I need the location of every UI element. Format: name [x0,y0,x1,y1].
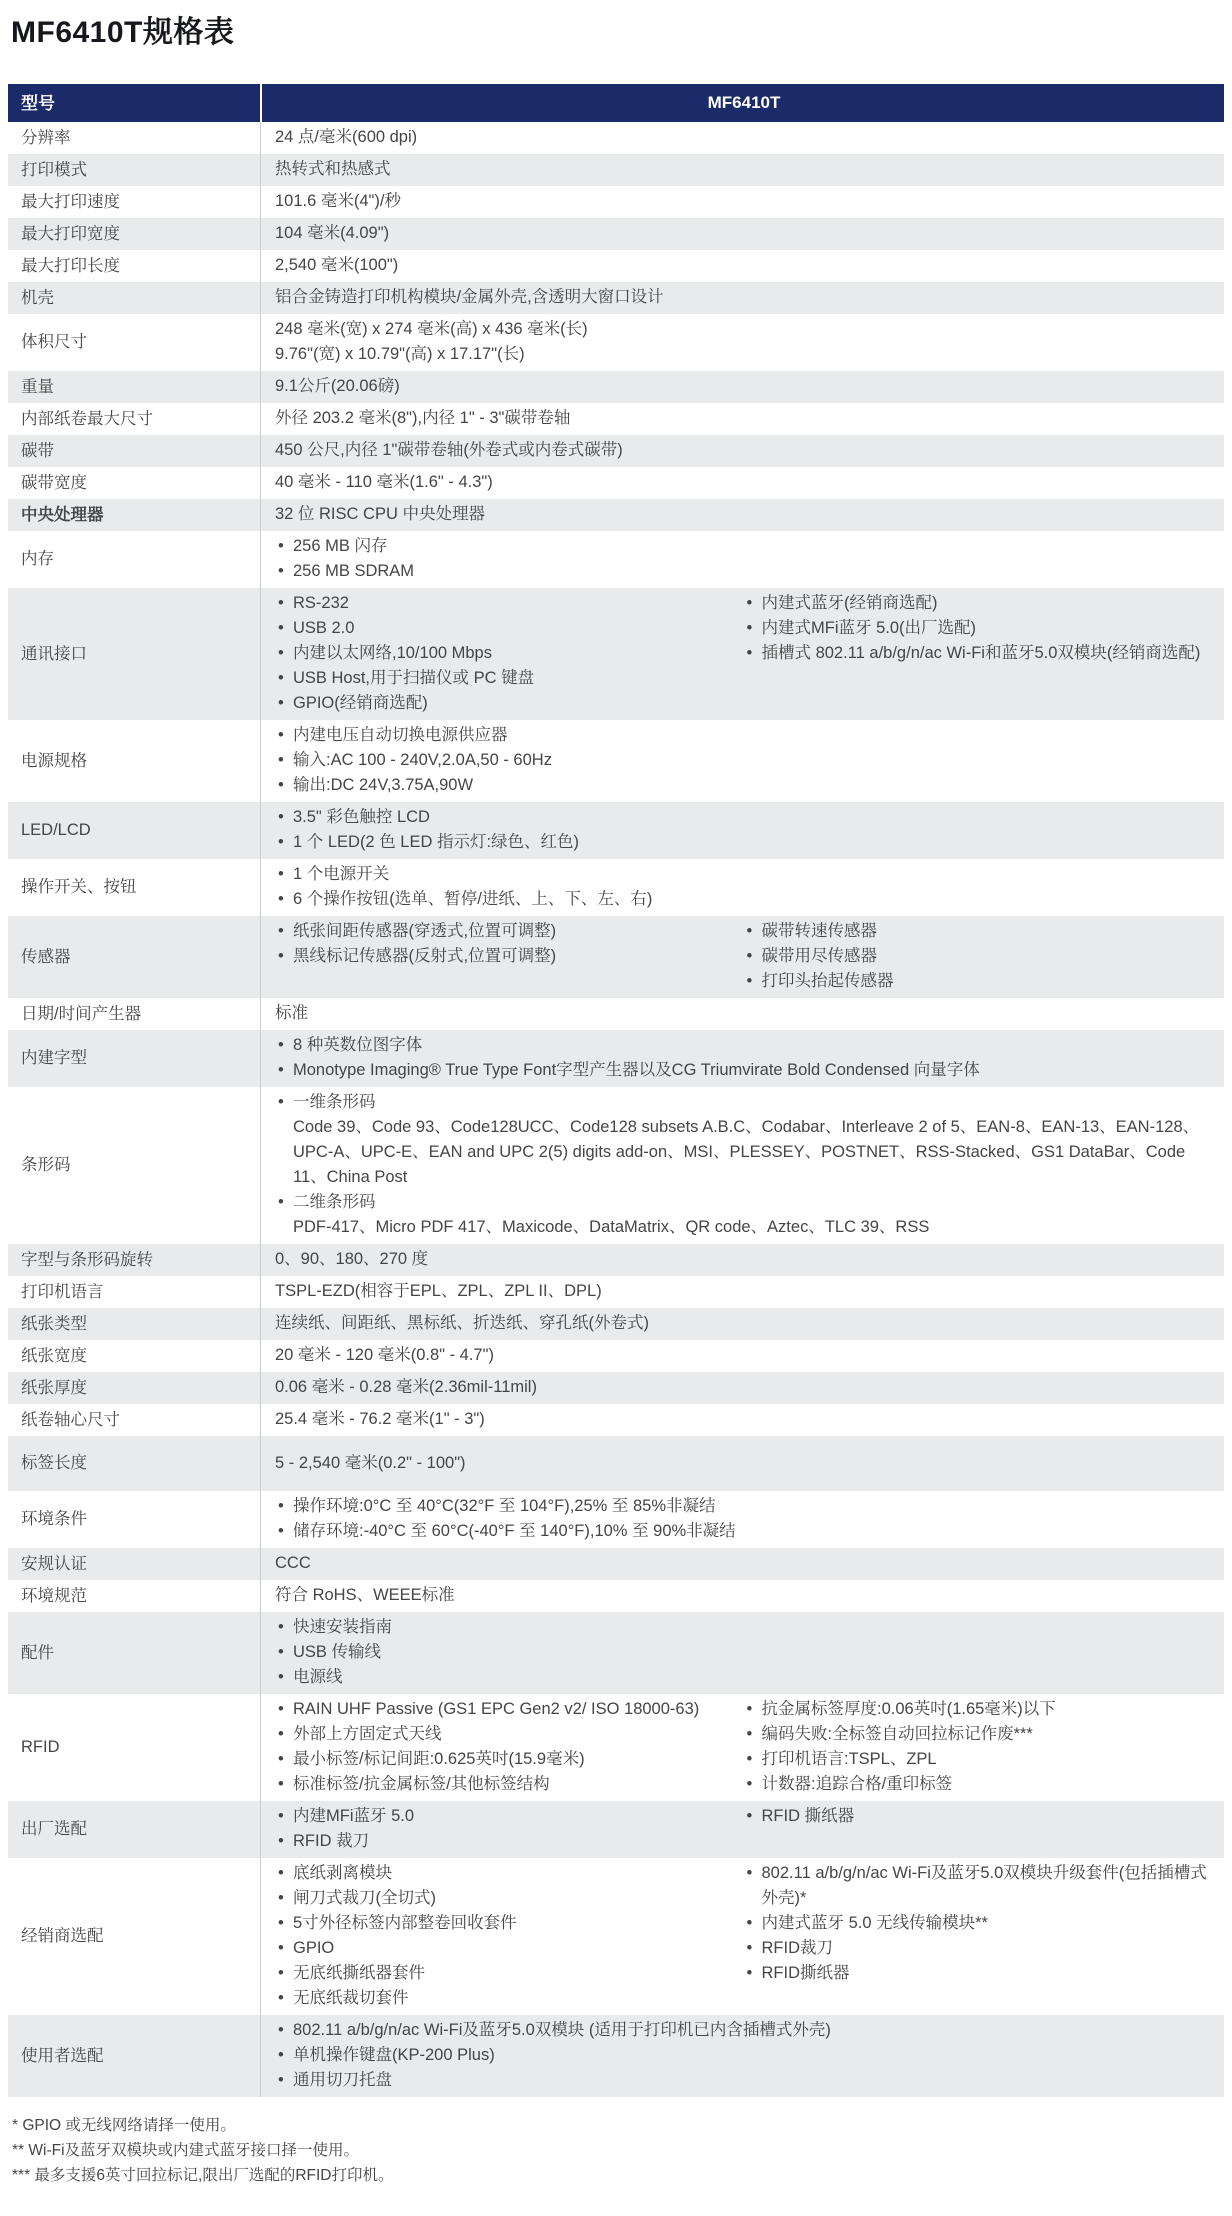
spec-line: 纸张间距传感器(穿透式,位置可调整) [275,919,718,944]
spec-line: 2,540 毫米(100") [275,253,1212,278]
spec-line: 外部上方固定式天线 [275,1722,718,1747]
spec-value: 外径 203.2 毫米(8"),内径 1" - 3"碳带卷轴 [260,403,1224,435]
spec-label: 字型与条形码旋转 [8,1244,260,1276]
spec-line: 0、90、180、270 度 [275,1247,1212,1272]
spec-line: 24 点/毫米(600 dpi) [275,125,1212,150]
spec-value: 256 MB 闪存256 MB SDRAM [260,531,1224,588]
spec-value: 连续纸、间距纸、黑标纸、折迭纸、穿孔纸(外卷式) [260,1308,1224,1340]
spec-value: TSPL-EZD(相容于EPL、ZPL、ZPL II、DPL) [260,1276,1224,1308]
table-header-value: MF6410T [260,84,1224,122]
spec-value: 1 个电源开关6 个操作按钮(选单、暂停/进纸、上、下、左、右) [260,859,1224,916]
table-row: 使用者选配802.11 a/b/g/n/ac Wi-Fi及蓝牙5.0双模块 (适… [8,2015,1224,2097]
table-row: 最大打印速度101.6 毫米(4")/秒 [8,186,1224,218]
footnote-line: * GPIO 或无线网络请择一使用。 [12,2113,1224,2138]
spec-line: CCC [275,1551,1212,1576]
spec-label: 使用者选配 [8,2015,260,2097]
spec-value: 2,540 毫米(100") [260,250,1224,282]
spec-value: 24 点/毫米(600 dpi) [260,122,1224,154]
spec-value: 0、90、180、270 度 [260,1244,1224,1276]
spec-value: 内建电压自动切换电源供应器输入:AC 100 - 240V,2.0A,50 - … [260,720,1224,802]
spec-line: 操作环境:0°C 至 40°C(32°F 至 104°F),25% 至 85%非… [275,1494,1212,1519]
spec-table-rows: 分辨率24 点/毫米(600 dpi)打印模式热转式和热感式最大打印速度101.… [8,122,1224,2097]
spec-value: 快速安装指南USB 传输线电源线 [260,1612,1224,1694]
spec-line: 碳带转速传感器 [744,919,1209,944]
spec-label: 中央处理器 [8,499,260,531]
spec-line: 一维条形码 [275,1090,1212,1115]
spec-line: TSPL-EZD(相容于EPL、ZPL、ZPL II、DPL) [275,1279,1212,1304]
spec-label: 环境条件 [8,1491,260,1548]
spec-value-col-left: 底纸剥离模块闸刀式裁刀(全切式)5寸外径标签内部整卷回收套件GPIO无底纸撕纸器… [275,1861,744,2011]
spec-value: 802.11 a/b/g/n/ac Wi-Fi及蓝牙5.0双模块 (适用于打印机… [260,2015,1224,2097]
table-row: 打印模式热转式和热感式 [8,154,1224,186]
spec-line: 3.5" 彩色触控 LCD [275,805,1212,830]
spec-value: 热转式和热感式 [260,154,1224,186]
spec-label: 传感器 [8,916,260,998]
spec-value: 内建MFi蓝牙 5.0RFID 裁刀RFID 撕纸器 [260,1801,1224,1858]
page-title: MF6410T规格表 [11,14,1224,52]
spec-line: RFID撕纸器 [744,1961,1209,1986]
spec-value-columns: 纸张间距传感器(穿透式,位置可调整)黑线标记传感器(反射式,位置可调整)碳带转速… [275,919,1212,994]
table-header-row: 型号 MF6410T [8,84,1224,122]
spec-line: USB Host,用于扫描仪或 PC 键盘 [275,666,718,691]
spec-value-col-left: 纸张间距传感器(穿透式,位置可调整)黑线标记传感器(反射式,位置可调整) [275,919,744,994]
spec-value: 32 位 RISC CPU 中央处理器 [260,499,1224,531]
spec-line: 碳带用尽传感器 [744,944,1209,969]
table-row: 分辨率24 点/毫米(600 dpi) [8,122,1224,154]
spec-label: 打印模式 [8,154,260,186]
spec-line: 内建式MFi蓝牙 5.0(出厂选配) [744,616,1209,641]
spec-line: GPIO [275,1936,718,1961]
spec-value-columns: RS-232USB 2.0内建以太网络,10/100 MbpsUSB Host,… [275,591,1212,716]
spec-value: 0.06 毫米 - 0.28 毫米(2.36mil-11mil) [260,1372,1224,1404]
spec-label: 机壳 [8,282,260,314]
spec-value-columns: 底纸剥离模块闸刀式裁刀(全切式)5寸外径标签内部整卷回收套件GPIO无底纸撕纸器… [275,1861,1212,2011]
table-row: 日期/时间产生器标准 [8,998,1224,1030]
table-row: 电源规格内建电压自动切换电源供应器输入:AC 100 - 240V,2.0A,5… [8,720,1224,802]
spec-label: 最大打印速度 [8,186,260,218]
spec-line: 内建式蓝牙(经销商选配) [744,591,1209,616]
spec-line: 内建式蓝牙 5.0 无线传输模块** [744,1911,1209,1936]
spec-value-columns: RAIN UHF Passive (GS1 EPC Gen2 v2/ ISO 1… [275,1697,1212,1797]
spec-value-col-left: 内建MFi蓝牙 5.0RFID 裁刀 [275,1804,744,1854]
spec-value: 248 毫米(宽) x 274 毫米(高) x 436 毫米(长)9.76"(宽… [260,314,1224,371]
spec-label: 打印机语言 [8,1276,260,1308]
spec-line: 内建以太网络,10/100 Mbps [275,641,718,666]
table-row: 字型与条形码旋转0、90、180、270 度 [8,1244,1224,1276]
spec-line: 通用切刀托盘 [275,2068,1212,2093]
table-row: 纸张类型连续纸、间距纸、黑标纸、折迭纸、穿孔纸(外卷式) [8,1308,1224,1340]
spec-value: 101.6 毫米(4")/秒 [260,186,1224,218]
table-row: 通讯接口RS-232USB 2.0内建以太网络,10/100 MbpsUSB H… [8,588,1224,720]
spec-label: RFID [8,1694,260,1801]
spec-line: 40 毫米 - 110 毫米(1.6" - 4.3") [275,470,1212,495]
spec-line: 20 毫米 - 120 毫米(0.8" - 4.7") [275,1343,1212,1368]
spec-value: 标准 [260,998,1224,1030]
table-header-label: 型号 [8,84,260,122]
spec-line: 插槽式 802.11 a/b/g/n/ac Wi-Fi和蓝牙5.0双模块(经销商… [744,641,1209,666]
spec-line: 5 - 2,540 毫米(0.2" - 100") [275,1451,1212,1476]
spec-label: 配件 [8,1612,260,1694]
spec-value: 20 毫米 - 120 毫米(0.8" - 4.7") [260,1340,1224,1372]
spec-line: RFID裁刀 [744,1936,1209,1961]
spec-line: 打印头抬起传感器 [744,969,1209,994]
spec-label: 条形码 [8,1087,260,1244]
spec-value: 25.4 毫米 - 76.2 毫米(1" - 3") [260,1404,1224,1436]
footnote-line: ** Wi-Fi及蓝牙双模块或内建式蓝牙接口择一使用。 [12,2138,1224,2163]
spec-value-col-right: 内建式蓝牙(经销商选配)内建式MFi蓝牙 5.0(出厂选配)插槽式 802.11… [744,591,1213,716]
spec-line: 无底纸裁切套件 [275,1986,718,2011]
spec-line: 最小标签/标记间距:0.625英吋(15.9毫米) [275,1747,718,1772]
spec-line: 热转式和热感式 [275,157,1212,182]
table-row: 环境规范符合 RoHS、WEEE标准 [8,1580,1224,1612]
spec-line: 802.11 a/b/g/n/ac Wi-Fi及蓝牙5.0双模块升级套件(包括插… [744,1861,1209,1911]
spec-line: USB 传输线 [275,1640,1212,1665]
spec-line: 6 个操作按钮(选单、暂停/进纸、上、下、左、右) [275,887,1212,912]
spec-value: 铝合金铸造打印机构模块/金属外壳,含透明大窗口设计 [260,282,1224,314]
table-row: 纸张厚度0.06 毫米 - 0.28 毫米(2.36mil-11mil) [8,1372,1224,1404]
spec-label: 内建字型 [8,1030,260,1087]
spec-line: 底纸剥离模块 [275,1861,718,1886]
spec-line: 铝合金铸造打印机构模块/金属外壳,含透明大窗口设计 [275,285,1212,310]
spec-label: 内部纸卷最大尺寸 [8,403,260,435]
spec-label: 纸张厚度 [8,1372,260,1404]
spec-value-col-right: RFID 撕纸器 [744,1804,1213,1854]
spec-label: 操作开关、按钮 [8,859,260,916]
spec-value: 40 毫米 - 110 毫米(1.6" - 4.3") [260,467,1224,499]
spec-line: 101.6 毫米(4")/秒 [275,189,1212,214]
table-row: RFIDRAIN UHF Passive (GS1 EPC Gen2 v2/ I… [8,1694,1224,1801]
table-row: 体积尺寸248 毫米(宽) x 274 毫米(高) x 436 毫米(长)9.7… [8,314,1224,371]
spec-line: 标准 [275,1001,1212,1026]
spec-label: 安规认证 [8,1548,260,1580]
spec-line: 无底纸撕纸器套件 [275,1961,718,1986]
spec-value: 450 公尺,内径 1"碳带卷轴(外卷式或内卷式碳带) [260,435,1224,467]
table-row: 机壳铝合金铸造打印机构模块/金属外壳,含透明大窗口设计 [8,282,1224,314]
spec-label: 标签长度 [8,1436,260,1491]
table-row: 纸张宽度20 毫米 - 120 毫米(0.8" - 4.7") [8,1340,1224,1372]
spec-line: 输出:DC 24V,3.75A,90W [275,773,1212,798]
table-row: 内存256 MB 闪存256 MB SDRAM [8,531,1224,588]
spec-label: 经销商选配 [8,1858,260,2015]
table-row: 条形码一维条形码Code 39、Code 93、Code128UCC、Code1… [8,1087,1224,1244]
spec-label: 最大打印长度 [8,250,260,282]
table-row: 配件快速安装指南USB 传输线电源线 [8,1612,1224,1694]
spec-line: 闸刀式裁刀(全切式) [275,1886,718,1911]
spec-line: 符合 RoHS、WEEE标准 [275,1583,1212,1608]
spec-label: 电源规格 [8,720,260,802]
spec-line: 打印机语言:TSPL、ZPL [744,1747,1209,1772]
spec-value: 底纸剥离模块闸刀式裁刀(全切式)5寸外径标签内部整卷回收套件GPIO无底纸撕纸器… [260,1858,1224,2015]
spec-label: 重量 [8,371,260,403]
spec-line: 黑线标记传感器(反射式,位置可调整) [275,944,718,969]
table-row: 碳带450 公尺,内径 1"碳带卷轴(外卷式或内卷式碳带) [8,435,1224,467]
spec-sheet-page: MF6410T规格表 型号 MF6410T 分辨率24 点/毫米(600 dpi… [0,0,1232,2214]
spec-value: 104 毫米(4.09") [260,218,1224,250]
spec-value: 纸张间距传感器(穿透式,位置可调整)黑线标记传感器(反射式,位置可调整)碳带转速… [260,916,1224,998]
table-row: 内建字型8 种英数位图字体Monotype Imaging® True Type… [8,1030,1224,1087]
spec-label: LED/LCD [8,802,260,859]
table-row: 最大打印宽度104 毫米(4.09") [8,218,1224,250]
spec-line: 编码失败:全标签自动回拉标记作废*** [744,1722,1209,1747]
spec-label: 体积尺寸 [8,314,260,371]
spec-label: 碳带 [8,435,260,467]
spec-line: 1 个电源开关 [275,862,1212,887]
spec-line: 标准标签/抗金属标签/其他标签结构 [275,1772,718,1797]
spec-line: 内建电压自动切换电源供应器 [275,723,1212,748]
spec-line: PDF-417、Micro PDF 417、Maxicode、DataMatri… [275,1215,1212,1240]
footnote-line: *** 最多支援6英寸回拉标记,限出厂选配的RFID打印机。 [12,2163,1224,2188]
spec-line: 802.11 a/b/g/n/ac Wi-Fi及蓝牙5.0双模块 (适用于打印机… [275,2018,1212,2043]
spec-line: 输入:AC 100 - 240V,2.0A,50 - 60Hz [275,748,1212,773]
table-row: 传感器纸张间距传感器(穿透式,位置可调整)黑线标记传感器(反射式,位置可调整)碳… [8,916,1224,998]
spec-line: USB 2.0 [275,616,718,641]
spec-value: CCC [260,1548,1224,1580]
spec-line: 储存环境:-40°C 至 60°C(-40°F 至 140°F),10% 至 9… [275,1519,1212,1544]
table-row: 出厂选配内建MFi蓝牙 5.0RFID 裁刀RFID 撕纸器 [8,1801,1224,1858]
spec-line: 248 毫米(宽) x 274 毫米(高) x 436 毫米(长) [275,317,1212,342]
spec-label: 纸张类型 [8,1308,260,1340]
table-row: 碳带宽度40 毫米 - 110 毫米(1.6" - 4.3") [8,467,1224,499]
footnotes: * GPIO 或无线网络请择一使用。 ** Wi-Fi及蓝牙双模块或内建式蓝牙接… [12,2113,1224,2188]
spec-line: RFID 裁刀 [275,1829,718,1854]
spec-value-col-right: 碳带转速传感器碳带用尽传感器打印头抬起传感器 [744,919,1213,994]
spec-label: 环境规范 [8,1580,260,1612]
spec-line: 256 MB 闪存 [275,534,1212,559]
spec-line: 5寸外径标签内部整卷回收套件 [275,1911,718,1936]
spec-table: 型号 MF6410T 分辨率24 点/毫米(600 dpi)打印模式热转式和热感… [8,84,1224,2097]
spec-line: 32 位 RISC CPU 中央处理器 [275,502,1212,527]
spec-label: 纸张宽度 [8,1340,260,1372]
spec-value: 9.1公斤(20.06磅) [260,371,1224,403]
spec-line: RS-232 [275,591,718,616]
spec-line: 电源线 [275,1665,1212,1690]
spec-line: 25.4 毫米 - 76.2 毫米(1" - 3") [275,1407,1212,1432]
spec-line: 计数器:追踪合格/重印标签 [744,1772,1209,1797]
spec-value: RAIN UHF Passive (GS1 EPC Gen2 v2/ ISO 1… [260,1694,1224,1801]
spec-line: RFID 撕纸器 [744,1804,1209,1829]
spec-line: 9.1公斤(20.06磅) [275,374,1212,399]
spec-line: 9.76"(宽) x 10.79"(高) x 17.17"(长) [275,342,1212,367]
spec-line: GPIO(经销商选配) [275,691,718,716]
table-row: 重量9.1公斤(20.06磅) [8,371,1224,403]
spec-value-col-right: 抗金属标签厚度:0.06英吋(1.65毫米)以下编码失败:全标签自动回拉标记作废… [744,1697,1213,1797]
spec-value: 一维条形码Code 39、Code 93、Code128UCC、Code128 … [260,1087,1224,1244]
spec-value-columns: 内建MFi蓝牙 5.0RFID 裁刀RFID 撕纸器 [275,1804,1212,1854]
spec-line: 快速安装指南 [275,1615,1212,1640]
spec-line: 外径 203.2 毫米(8"),内径 1" - 3"碳带卷轴 [275,406,1212,431]
spec-line: RAIN UHF Passive (GS1 EPC Gen2 v2/ ISO 1… [275,1697,718,1722]
spec-value-col-left: RS-232USB 2.0内建以太网络,10/100 MbpsUSB Host,… [275,591,744,716]
spec-label: 出厂选配 [8,1801,260,1858]
table-row: 安规认证CCC [8,1548,1224,1580]
spec-line: 单机操作键盘(KP-200 Plus) [275,2043,1212,2068]
table-row: LED/LCD3.5" 彩色触控 LCD1 个 LED(2 色 LED 指示灯:… [8,802,1224,859]
spec-line: 104 毫米(4.09") [275,221,1212,246]
spec-label: 日期/时间产生器 [8,998,260,1030]
spec-label: 通讯接口 [8,588,260,720]
table-row: 环境条件操作环境:0°C 至 40°C(32°F 至 104°F),25% 至 … [8,1491,1224,1548]
spec-label: 纸卷轴心尺寸 [8,1404,260,1436]
spec-value-col-right: 802.11 a/b/g/n/ac Wi-Fi及蓝牙5.0双模块升级套件(包括插… [744,1861,1213,2011]
spec-line: 0.06 毫米 - 0.28 毫米(2.36mil-11mil) [275,1375,1212,1400]
spec-line: 8 种英数位图字体 [275,1033,1212,1058]
table-row: 最大打印长度2,540 毫米(100") [8,250,1224,282]
spec-label: 内存 [8,531,260,588]
spec-line: 256 MB SDRAM [275,559,1212,584]
spec-label: 分辨率 [8,122,260,154]
spec-value: 5 - 2,540 毫米(0.2" - 100") [260,1436,1224,1491]
table-row: 操作开关、按钮1 个电源开关6 个操作按钮(选单、暂停/进纸、上、下、左、右) [8,859,1224,916]
spec-line: Code 39、Code 93、Code128UCC、Code128 subse… [275,1115,1212,1190]
spec-value: 3.5" 彩色触控 LCD1 个 LED(2 色 LED 指示灯:绿色、红色) [260,802,1224,859]
table-row: 中央处理器32 位 RISC CPU 中央处理器 [8,499,1224,531]
spec-line: 1 个 LED(2 色 LED 指示灯:绿色、红色) [275,830,1212,855]
spec-label: 最大打印宽度 [8,218,260,250]
spec-value: 操作环境:0°C 至 40°C(32°F 至 104°F),25% 至 85%非… [260,1491,1224,1548]
table-row: 打印机语言TSPL-EZD(相容于EPL、ZPL、ZPL II、DPL) [8,1276,1224,1308]
spec-line: 内建MFi蓝牙 5.0 [275,1804,718,1829]
spec-line: 二维条形码 [275,1190,1212,1215]
spec-line: 连续纸、间距纸、黑标纸、折迭纸、穿孔纸(外卷式) [275,1311,1212,1336]
table-row: 内部纸卷最大尺寸外径 203.2 毫米(8"),内径 1" - 3"碳带卷轴 [8,403,1224,435]
spec-value-col-left: RAIN UHF Passive (GS1 EPC Gen2 v2/ ISO 1… [275,1697,744,1797]
spec-label: 碳带宽度 [8,467,260,499]
spec-value: 符合 RoHS、WEEE标准 [260,1580,1224,1612]
spec-line: Monotype Imaging® True Type Font字型产生器以及C… [275,1058,1212,1083]
table-row: 经销商选配底纸剥离模块闸刀式裁刀(全切式)5寸外径标签内部整卷回收套件GPIO无… [8,1858,1224,2015]
spec-line: 450 公尺,内径 1"碳带卷轴(外卷式或内卷式碳带) [275,438,1212,463]
spec-line: 抗金属标签厚度:0.06英吋(1.65毫米)以下 [744,1697,1209,1722]
spec-value: 8 种英数位图字体Monotype Imaging® True Type Fon… [260,1030,1224,1087]
table-row: 纸卷轴心尺寸25.4 毫米 - 76.2 毫米(1" - 3") [8,1404,1224,1436]
spec-value: RS-232USB 2.0内建以太网络,10/100 MbpsUSB Host,… [260,588,1224,720]
table-row: 标签长度5 - 2,540 毫米(0.2" - 100") [8,1436,1224,1491]
